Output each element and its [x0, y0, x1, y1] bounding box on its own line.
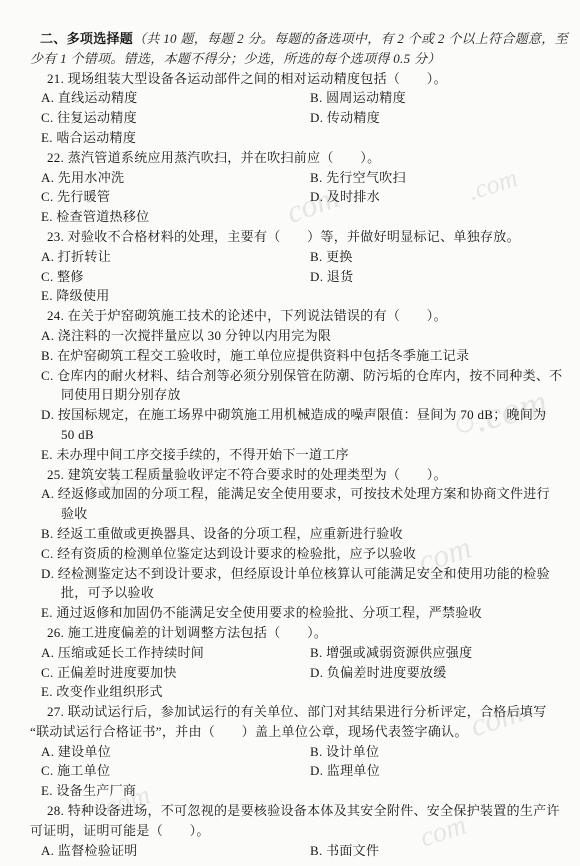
option-cell: A. 压缩或延长工作持续时间 — [41, 643, 310, 663]
exam-sheet-page: .comcom○.com○comcomcomcom 二、多项选择题（共 10 题… — [0, 0, 580, 866]
option-cell: C. 整修 — [41, 267, 310, 287]
option-cell: A. 打折转让 — [41, 247, 310, 267]
option-line: C. 往复运动精度D. 传动精度 — [30, 108, 574, 128]
option-cell: C. 正偏差时进度要加快 — [41, 663, 310, 683]
option-line: C. 先行暖管D. 及时排水 — [30, 187, 574, 207]
section-heading-line: 二、多项选择题（共 10 题，每题 2 分。每题的备选项中，有 2 个或 2 个… — [30, 29, 574, 49]
option-cell: B. 书面文件 — [310, 843, 379, 858]
option-line: C. 施工单位D. 监理单位 — [30, 761, 574, 781]
text-segment: （共 10 题，每题 2 分。每题的备选项中，有 2 个或 2 个以上符合题意，… — [133, 31, 568, 46]
option-line: C. 仓库内的耐火材料、结合剂等必须分别保管在防潮、防污垢的仓库内，按不同种类、… — [30, 366, 574, 386]
option-line: E. 检查管道热移位 — [30, 207, 574, 227]
option-cell: C. 先行暖管 — [41, 187, 310, 207]
option-line: E. 改变作业组织形式 — [30, 682, 574, 702]
option-cell: D. 及时排水 — [310, 189, 380, 204]
option-cell: D. 监理单位 — [310, 763, 380, 778]
document-lines: 二、多项选择题（共 10 题，每题 2 分。每题的备选项中，有 2 个或 2 个… — [30, 29, 574, 860]
option-line: E. 啮合运动精度 — [30, 128, 574, 148]
question-line: 26. 施工进度偏差的计划调整方法包括（ ）。 — [30, 623, 574, 643]
option-cell: C. 施工单位 — [41, 761, 310, 781]
option-line: A. 先用水冲洗B. 先行空气吹扫 — [30, 168, 574, 188]
option-line: A. 建设单位B. 设计单位 — [30, 742, 574, 762]
option-line: D. 按国标规定，在施工场界中砌筑施工用机械造成的噪声限值：昼间为 70 dB；… — [30, 405, 574, 425]
text-line: 批，可予以验收 — [30, 583, 574, 603]
question-line: 22. 蒸汽管道系统应用蒸汽吹扫，并在吹扫前应（ ）。 — [30, 148, 574, 168]
question-line: 24. 在关于炉窑砌筑施工技术的论述中，下列说法错误的有（ ）。 — [30, 306, 574, 326]
option-line: E. 设备生产厂商 — [30, 781, 574, 801]
option-line: E. 降级使用 — [30, 286, 574, 306]
option-line: B. 经返工重做或更换器具、设备的分项工程，应重新进行验收 — [30, 524, 574, 544]
question-line: 21. 现场组装大型设备各运动部件之间的相对运动精度包括（ ）。 — [30, 69, 574, 89]
option-cell: B. 增强或减弱资源供应强度 — [310, 645, 472, 660]
option-cell: A. 建设单位 — [41, 742, 310, 762]
option-cell: B. 先行空气吹扫 — [310, 170, 406, 185]
option-line: A. 打折转让B. 更换 — [30, 247, 574, 267]
option-line: E. 未办理中间工序交接手续的，不得开始下一道工序 — [30, 445, 574, 465]
text-segment: 二、多项选择题 — [40, 31, 133, 46]
option-cell: A. 先用水冲洗 — [41, 168, 310, 188]
text-line: 验收 — [30, 504, 574, 524]
text-line: 50 dB — [30, 425, 574, 445]
option-line: A. 直线运动精度B. 圆周运动精度 — [30, 88, 574, 108]
text-line: 同使用日期分别存放 — [30, 385, 574, 405]
option-line: B. 在炉窑砌筑工程交工验收时，施工单位应提供资料中包括冬季施工记录 — [30, 346, 574, 366]
option-cell: B. 圆周运动精度 — [310, 90, 406, 105]
option-line: A. 浇注料的一次搅拌量应以 30 分钟以内用完为限 — [30, 326, 574, 346]
text-segment: 少有 1 个错项。错选，本题不得分；少选，所选的每个选项得 0.5 分） — [30, 51, 441, 66]
option-line: A. 经返修或加固的分项工程，能满足安全使用要求，可按技术处理方案和协商文件进行 — [30, 484, 574, 504]
text-line: “联动试运行合格证书”，并由（ ）盖上单位公章，现场代表签字确认。 — [30, 722, 574, 742]
option-cell: A. 监督检验证明 — [41, 841, 310, 861]
option-cell: B. 设计单位 — [310, 744, 379, 759]
option-line: D. 经检测鉴定达不到设计要求，但经原设计单位核算认可能满足安全和使用功能的检验 — [30, 564, 574, 584]
option-line: A. 监督检验证明B. 书面文件 — [30, 841, 574, 861]
option-line: C. 整修D. 退货 — [30, 267, 574, 287]
option-cell: B. 更换 — [310, 249, 353, 264]
question-line: 28. 特种设备进场，不可忽视的是要核验设备本体及其安全附件、安全保护装置的生产… — [30, 801, 574, 821]
question-line: 25. 建筑安装工程质量验收评定不符合要求时的处理类型为（ ）。 — [30, 465, 574, 485]
option-cell: D. 负偏差时进度要放缓 — [310, 665, 447, 680]
question-line: 23. 对验收不合格材料的处理，主要有（ ）等，并做好明显标记、单独存放。 — [30, 227, 574, 247]
option-cell: D. 传动精度 — [310, 110, 380, 125]
option-line: A. 压缩或延长工作持续时间B. 增强或减弱资源供应强度 — [30, 643, 574, 663]
text-line: 可证明，证明可能是（ ）。 — [30, 821, 574, 841]
option-line: E. 通过返修和加固仍不能满足安全使用要求的检验批、分项工程，严禁验收 — [30, 603, 574, 623]
option-cell: A. 直线运动精度 — [41, 88, 310, 108]
question-line: 27. 联动试运行后，参加试运行的有关单位、部门对其结果进行分析评定，合格后填写 — [30, 702, 574, 722]
text-line: 少有 1 个错项。错选，本题不得分；少选，所选的每个选项得 0.5 分） — [30, 49, 574, 69]
option-line: C. 经有资质的检测单位鉴定达到设计要求的检验批，应予以验收 — [30, 544, 574, 564]
option-cell: D. 退货 — [310, 269, 353, 284]
option-line: C. 正偏差时进度要加快D. 负偏差时进度要放缓 — [30, 663, 574, 683]
option-cell: C. 往复运动精度 — [41, 108, 310, 128]
